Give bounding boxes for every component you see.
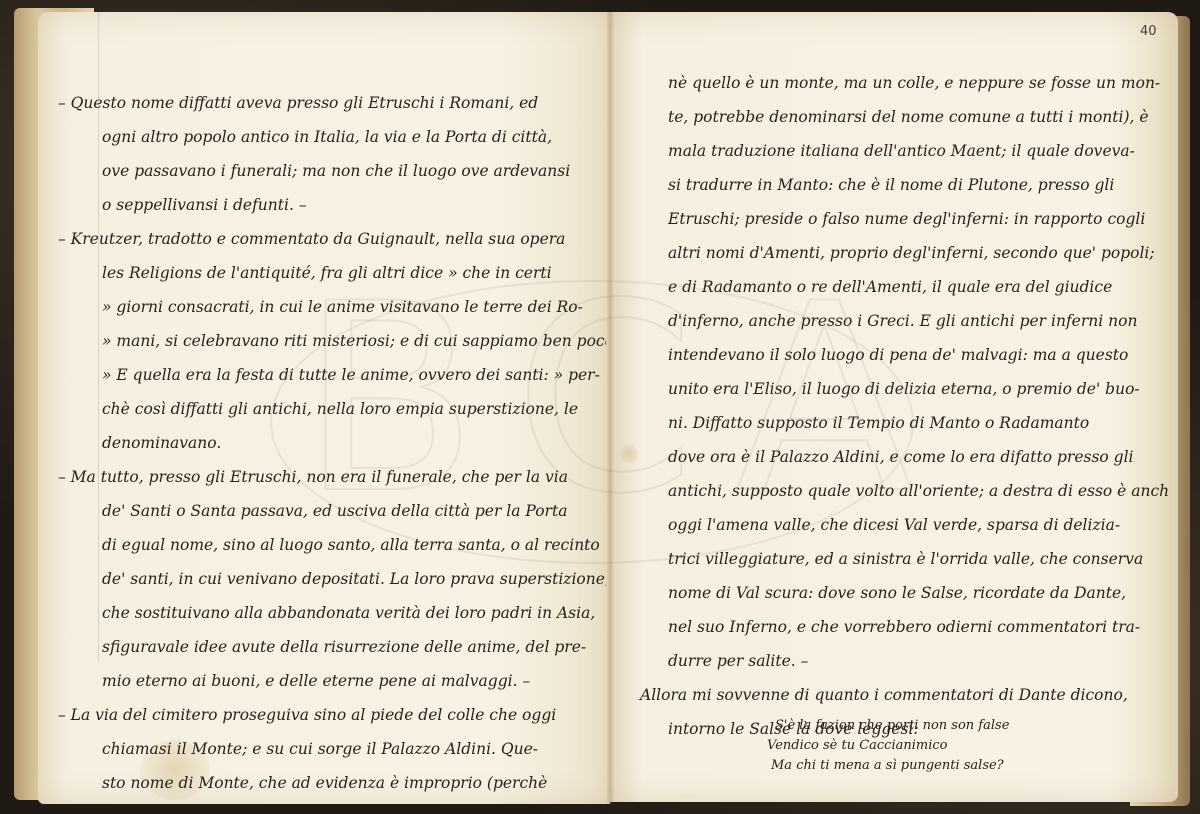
left-page-text: – Questo nome diffatti aveva presso gli … — [58, 86, 606, 800]
text-line: sto nome di Monte, che ad evidenza è imp… — [58, 766, 606, 800]
verse-line: Ma chi ti mena a sì pungenti salse? — [771, 756, 1095, 776]
text-line: unito era l'Eliso, il luogo di delizia e… — [658, 372, 1168, 406]
text-line: d'inferno, anche presso i Greci. E gli a… — [658, 304, 1168, 338]
right-page-text: nè quello è un monte, ma un colle, e nep… — [658, 66, 1168, 746]
text-line: mio eterno ai buoni, e delle eterne pene… — [58, 664, 606, 698]
text-line: denominavano. — [58, 426, 606, 460]
text-line: chiamasi il Monte; e su cui sorge il Pal… — [58, 732, 606, 766]
text-line: ogni altro popolo antico in Italia, la v… — [58, 120, 606, 154]
text-line: – Questo nome diffatti aveva presso gli … — [58, 86, 606, 120]
text-line: si tradurre in Manto: che è il nome di P… — [658, 168, 1168, 202]
text-line: che sostituivano alla abbandonata verità… — [58, 596, 606, 630]
text-line: Etruschi; preside o falso nume degl'infe… — [658, 202, 1168, 236]
text-line: intendevano il solo luogo di pena de' ma… — [658, 338, 1168, 372]
text-line: e di Radamanto o re dell'Amenti, il qual… — [658, 270, 1168, 304]
text-line: o seppellivansi i defunti. – — [58, 188, 606, 222]
text-line: Allora mi sovvenne di quanto i commentat… — [630, 678, 1168, 712]
text-line: altri nomi d'Amenti, proprio degl'infern… — [658, 236, 1168, 270]
text-line: oggi l'amena valle, che dicesi Val verde… — [658, 508, 1168, 542]
text-line: – Kreutzer, tradotto e commentato da Gui… — [58, 222, 606, 256]
text-line: de' santi, in cui venivano depositati. L… — [58, 562, 606, 596]
page-number: 40 — [1140, 24, 1157, 39]
text-line: ni. Diffatto supposto il Tempio di Manto… — [658, 406, 1168, 440]
text-line: nè quello è un monte, ma un colle, e nep… — [658, 66, 1168, 100]
text-line: mala traduzione italiana dell'antico Mae… — [658, 134, 1168, 168]
verse-line: S'è la fazion che porti non son false — [775, 716, 1095, 736]
book-gutter — [606, 12, 614, 804]
verse-line: Vendico sè tu Caccianimico — [767, 736, 1095, 756]
text-line: chè così diffatti gli antichi, nella lor… — [58, 392, 606, 426]
text-line: » mani, si celebravano riti misteriosi; … — [58, 324, 606, 358]
text-line: dove ora è il Palazzo Aldini, e come lo … — [658, 440, 1168, 474]
text-line: antichi, supposto quale volto all'orient… — [658, 474, 1168, 508]
text-line: trici villeggiature, ed a sinistra è l'o… — [658, 542, 1168, 576]
text-line: de' Santi o Santa passava, ed usciva del… — [58, 494, 606, 528]
text-line: » giorni consacrati, in cui le anime vis… — [58, 290, 606, 324]
text-line: sfiguravale idee avute della risurrezion… — [58, 630, 606, 664]
paper-stain — [620, 445, 638, 463]
text-line: les Religions de l'antiquité, fra gli al… — [58, 256, 606, 290]
text-line: nel suo Inferno, e che vorrebbero odiern… — [658, 610, 1168, 644]
text-line: ove passavano i funerali; ma non che il … — [58, 154, 606, 188]
text-line: » E quella era la festa di tutte le anim… — [58, 358, 606, 392]
text-line: di egual nome, sino al luogo santo, alla… — [58, 528, 606, 562]
verse-quote: S'è la fazion che porti non son false Ve… — [775, 716, 1095, 776]
text-line: – Ma tutto, presso gli Etruschi, non era… — [58, 460, 606, 494]
text-line: te, potrebbe denominarsi del nome comune… — [658, 100, 1168, 134]
text-line: – La via del cimitero proseguiva sino al… — [58, 698, 606, 732]
text-line: nome di Val scura: dove sono le Salse, r… — [658, 576, 1168, 610]
text-line: durre per salite. – — [658, 644, 1168, 678]
